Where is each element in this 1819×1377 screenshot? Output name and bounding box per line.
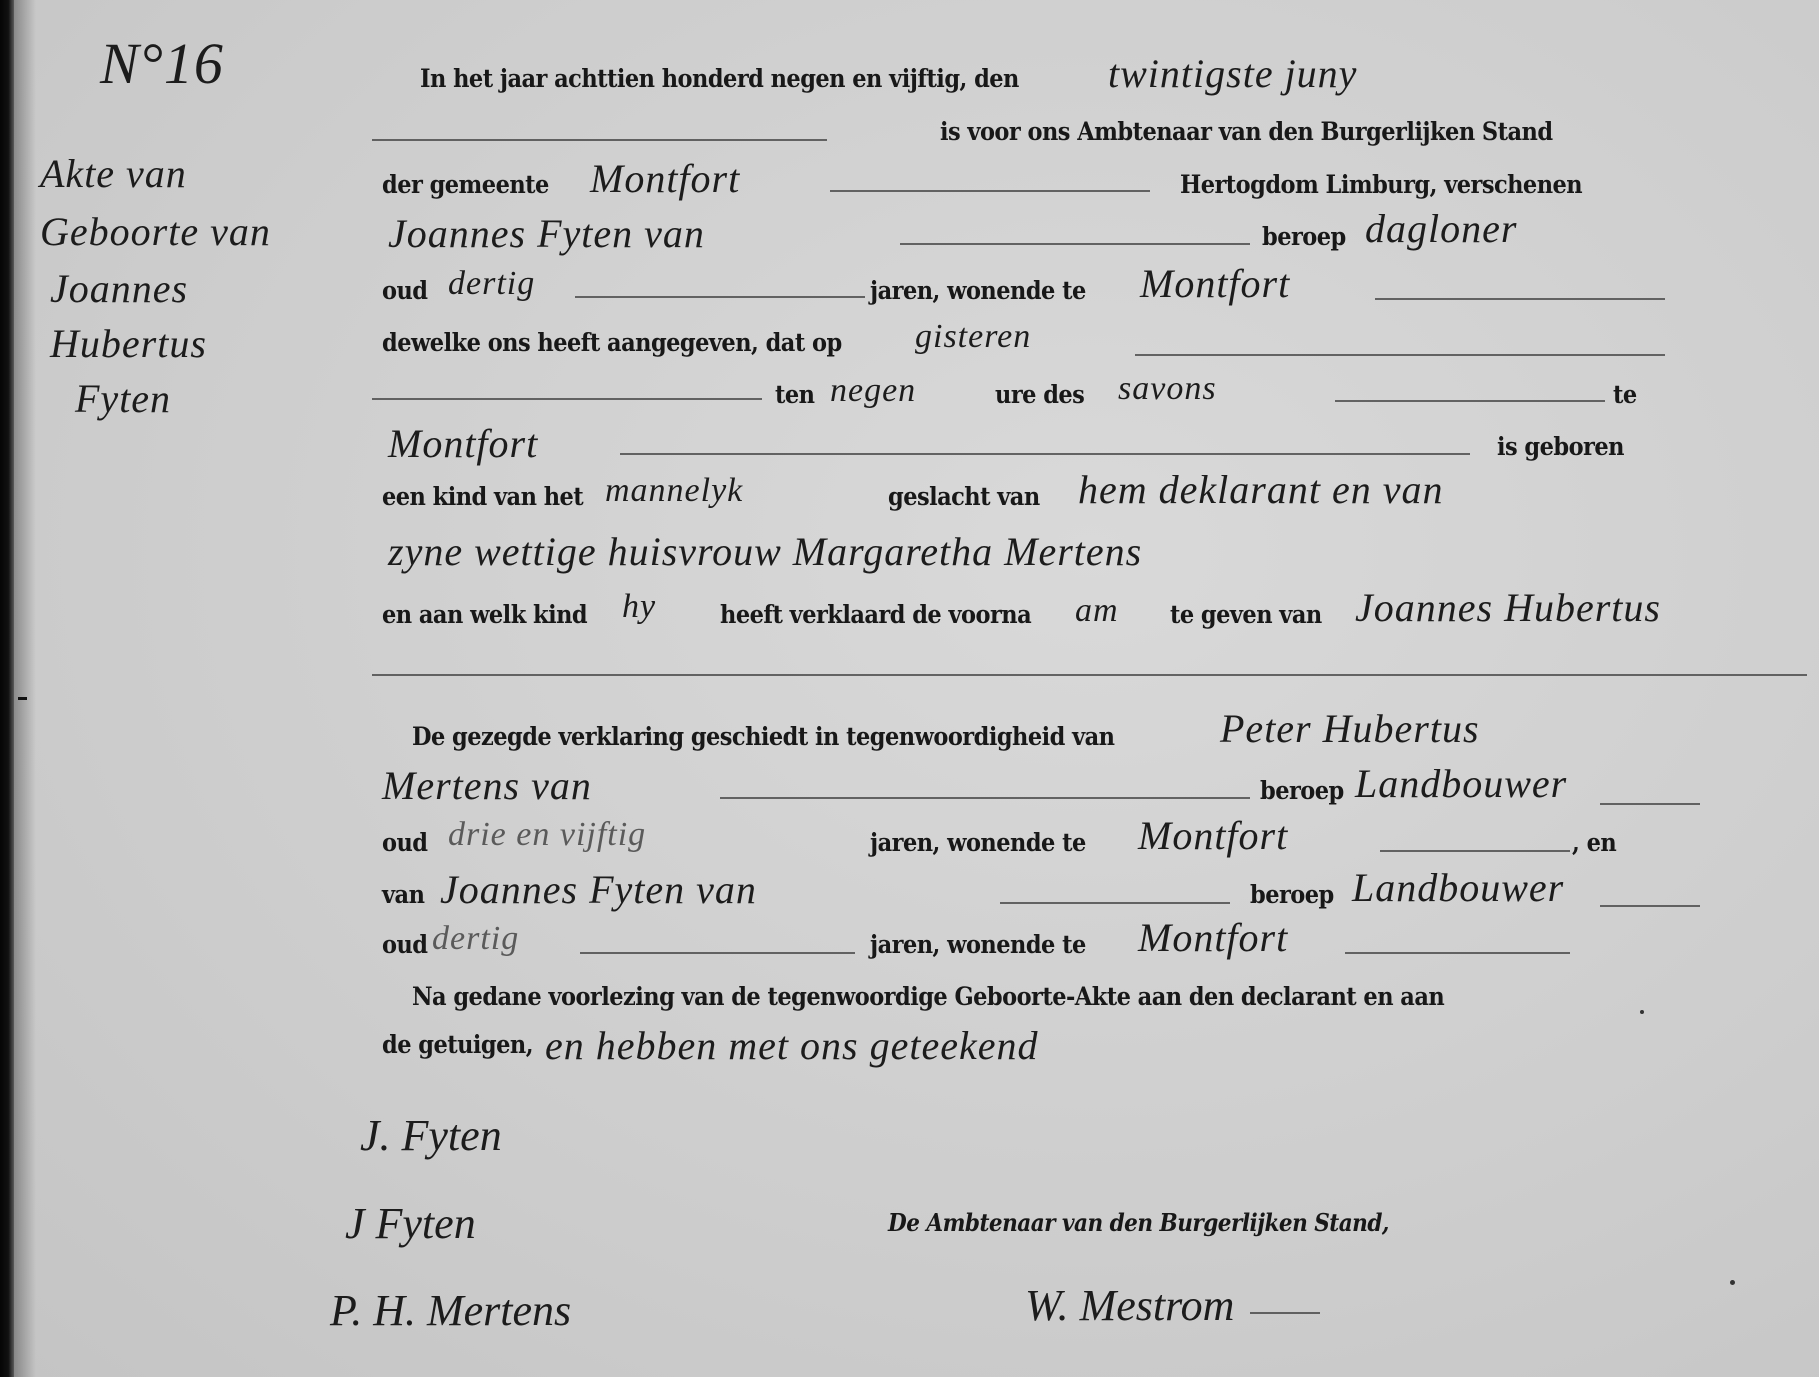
book-binding-edge: [0, 0, 14, 1377]
printed-w2-beroep: beroep: [1250, 880, 1334, 909]
entry-child-name: Joannes Hubertus: [1355, 584, 1661, 631]
printed-line-6: dewelke ons heeft aangegeven, dat op: [382, 328, 842, 357]
entry-declarant-name: Joannes Fyten van: [388, 210, 705, 257]
official-title: De Ambtenaar van den Burgerlijken Stand,: [888, 1208, 1389, 1237]
printed-en-aan-welk-kind: en aan welk kind: [382, 600, 587, 629]
fill-rule: [1375, 298, 1665, 300]
entry-witness2-residence: Montfort: [1138, 914, 1288, 961]
paper-speck: [1730, 1280, 1735, 1285]
printed-hertogdom: Hertogdom Limburg, verschenen: [1180, 170, 1582, 199]
entry-child-sex: mannelyk: [605, 472, 743, 510]
margin-line-1: Akte van: [40, 150, 187, 197]
fill-rule: [720, 797, 1250, 799]
margin-line-5: Fyten: [75, 375, 171, 422]
printed-beroep: beroep: [1262, 222, 1346, 251]
signature-witness2: J Fyten: [345, 1198, 476, 1249]
printed-een-kind: een kind van het: [382, 482, 583, 511]
entry-declarant-age: dertig: [448, 265, 535, 303]
printed-line-2: is voor ons Ambtenaar van den Burgerlijk…: [940, 117, 1553, 146]
fill-rule: [900, 243, 1250, 245]
printed-gemeente: der gemeente: [382, 170, 549, 199]
signature-witness1: P. H. Mertens: [330, 1285, 571, 1336]
margin-line-3: Joannes: [50, 265, 188, 312]
entry-municipality: Montfort: [590, 155, 740, 202]
printed-w2-van: van: [382, 880, 424, 909]
printed-ten: ten: [775, 380, 814, 409]
fill-rule: [372, 139, 827, 141]
entry-witness1-occupation: Landbouwer: [1355, 760, 1567, 807]
printed-closing-1: Na gedane voorlezing van de tegenwoordig…: [412, 982, 1444, 1011]
fill-rule: [1380, 850, 1570, 852]
printed-is-geboren: is geboren: [1497, 432, 1624, 461]
printed-line-1: In het jaar achttien honderd negen en vi…: [420, 64, 1019, 93]
entry-birth-hour: negen: [830, 372, 916, 410]
entry-father: hem deklarant en van: [1078, 466, 1443, 513]
printed-te: te: [1613, 380, 1637, 409]
binding-shadow: [14, 0, 36, 1377]
register-page: N°16 Akte van Geboorte van Joannes Huber…: [0, 0, 1819, 1377]
printed-oud: oud: [382, 276, 427, 305]
fill-rule: [1000, 902, 1230, 904]
entry-birth-place: Montfort: [388, 420, 538, 467]
entry-hy: hy: [622, 588, 656, 626]
printed-w1-jaren-wonende: jaren, wonende te: [870, 828, 1086, 857]
printed-witness-intro: De gezegde verklaring geschiedt in tegen…: [412, 722, 1115, 751]
fill-rule: [830, 190, 1150, 192]
entry-declarant-occupation: dagloner: [1365, 205, 1517, 252]
printed-ure-des: ure des: [995, 380, 1084, 409]
fill-rule: [372, 674, 1807, 676]
entry-birth-day: gisteren: [915, 318, 1031, 356]
fill-rule: [1600, 803, 1700, 805]
signature-official: W. Mestrom: [1025, 1280, 1234, 1331]
fill-rule: [1335, 400, 1605, 402]
entry-time-of-day: savons: [1118, 370, 1217, 408]
entry-witness2-occupation: Landbouwer: [1352, 864, 1564, 911]
signature-declarant: J. Fyten: [360, 1110, 502, 1161]
entry-am: am: [1075, 592, 1119, 630]
entry-date: twintigste juny: [1108, 50, 1357, 97]
entry-number: N°16: [100, 30, 224, 97]
entry-closing: en hebben met ons geteekend: [545, 1022, 1038, 1069]
fill-rule: [1600, 905, 1700, 907]
entry-witness1-age: drie en vijftig: [448, 816, 646, 854]
paper-speck: [1640, 1010, 1644, 1014]
entry-declarant-residence: Montfort: [1140, 260, 1290, 307]
entry-witness1-residence: Montfort: [1138, 812, 1288, 859]
edge-mark: [18, 697, 27, 700]
fill-rule: [575, 296, 865, 298]
fill-rule: [1135, 354, 1665, 356]
entry-witness1-name-a: Peter Hubertus: [1220, 705, 1480, 752]
signature-flourish: [1250, 1312, 1320, 1314]
entry-witness2-name: Joannes Fyten van: [440, 866, 757, 913]
printed-closing-2: de getuigen,: [382, 1030, 533, 1059]
fill-rule: [580, 952, 855, 954]
printed-heeft-verklaard: heeft verklaard de voorna: [720, 600, 1031, 629]
entry-mother: zyne wettige huisvrouw Margaretha Merten…: [388, 528, 1142, 575]
entry-witness2-age: dertig: [432, 920, 519, 958]
printed-jaren-wonende: jaren, wonende te: [870, 276, 1086, 305]
fill-rule: [620, 453, 1470, 455]
margin-line-4: Hubertus: [50, 320, 207, 367]
printed-w2-jaren-wonende: jaren, wonende te: [870, 930, 1086, 959]
margin-line-2: Geboorte van: [40, 208, 271, 255]
entry-witness1-name-b: Mertens van: [382, 762, 592, 809]
printed-w1-beroep: beroep: [1260, 776, 1344, 805]
printed-geslacht-van: geslacht van: [888, 482, 1040, 511]
printed-te-geven-van: te geven van: [1170, 600, 1322, 629]
printed-w2-oud: oud: [382, 930, 427, 959]
printed-w1-oud: oud: [382, 828, 427, 857]
printed-w1-en: , en: [1572, 828, 1616, 857]
fill-rule: [372, 398, 762, 400]
fill-rule: [1345, 952, 1570, 954]
